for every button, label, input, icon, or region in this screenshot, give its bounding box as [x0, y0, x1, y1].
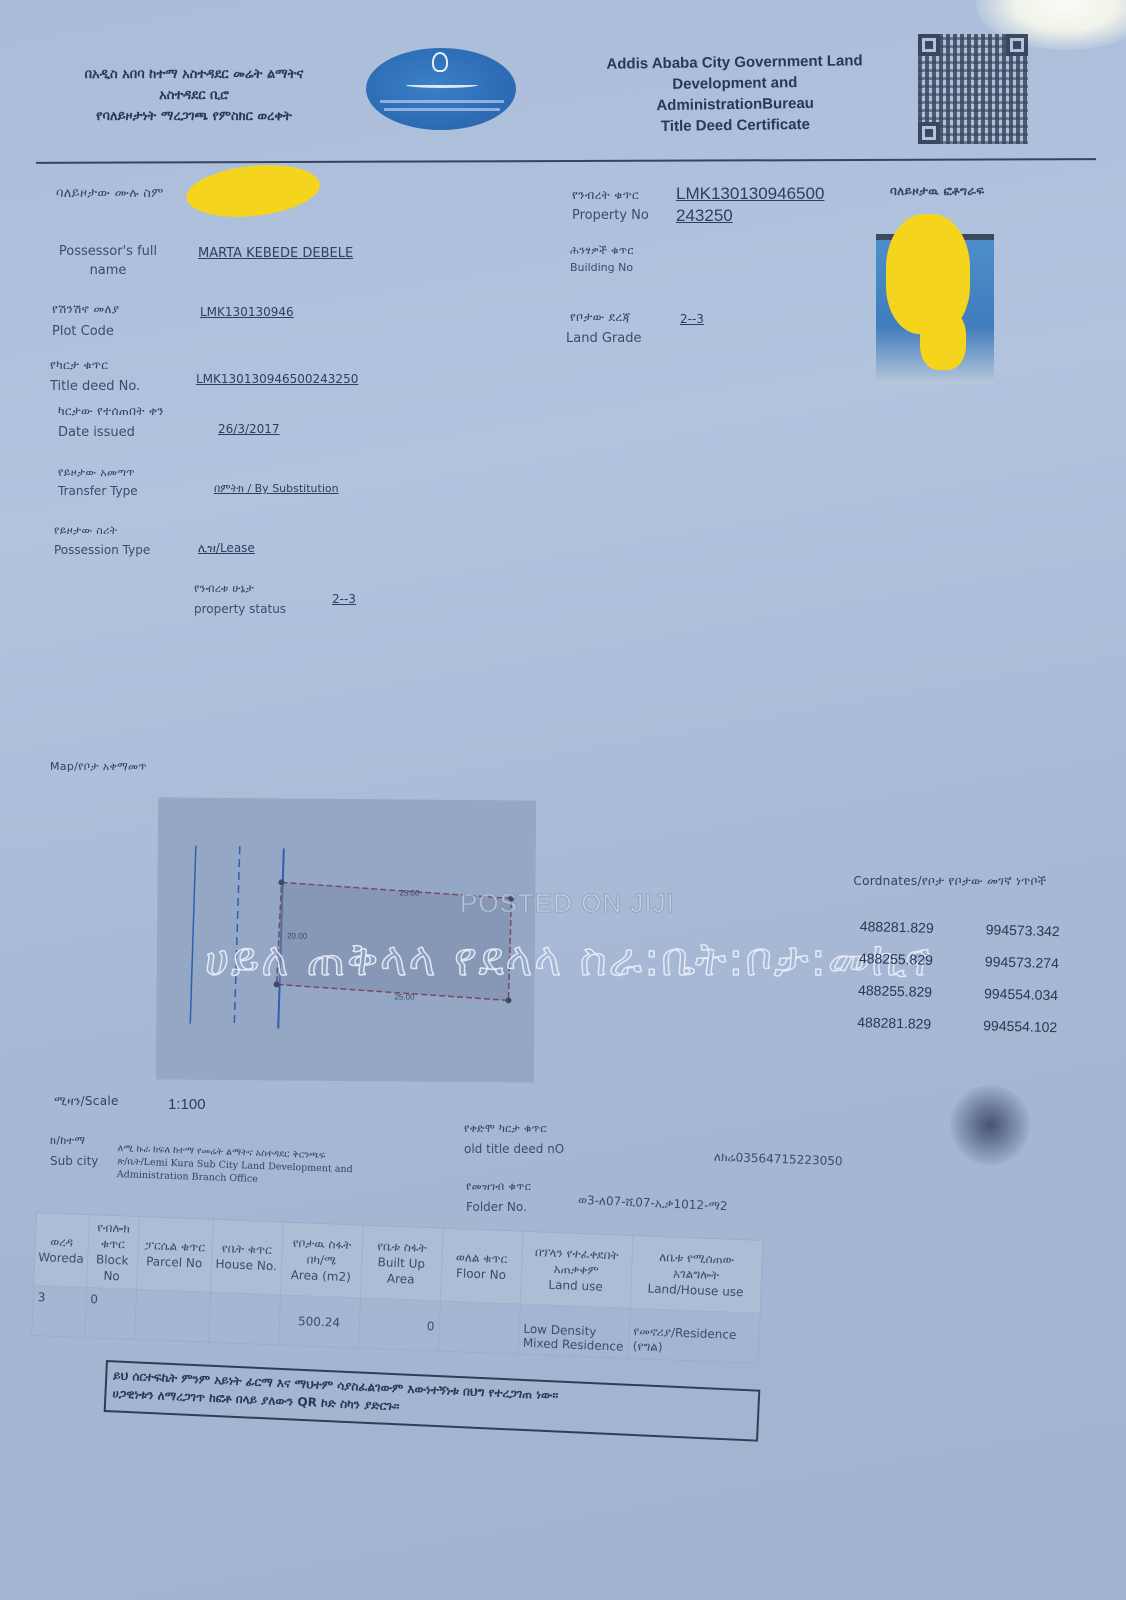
coordinate-row: 488281.829 994554.102 — [857, 1014, 1058, 1051]
cell-floor-no — [438, 1301, 520, 1354]
cell-house-use: የመኖሪያ/Residence (የግል) — [628, 1308, 760, 1363]
redaction-blob — [920, 310, 966, 370]
svg-text:25.00: 25.00 — [399, 888, 420, 897]
property-no-value-line2: 243250 — [676, 206, 733, 226]
amharic-title: በአዲስ አበባ ከተማ አስተዳደር መሬት ልማትና አስተዳደር ቢሮ የ… — [44, 64, 344, 127]
transfer-type-label: Transfer Type — [58, 482, 138, 501]
map-label: Map/የቦታ አቀማመጥ — [50, 760, 147, 774]
transfer-type-value: በምትክ / By Substitution — [214, 482, 339, 496]
qr-code[interactable] — [918, 34, 1028, 144]
coordinate-y: 994573.274 — [984, 953, 1059, 987]
date-issued-label: Date issued — [58, 423, 135, 442]
coordinates-list: 488281.829 994573.342 488255.829 994573.… — [857, 918, 1060, 1051]
paper-stain — [950, 1085, 1030, 1165]
emblem-icon — [432, 52, 448, 72]
old-title-deed-value: ለክሬ03564715223050 — [714, 1150, 843, 1169]
title-deed-label-am: የካርታ ቁጥር — [50, 358, 108, 373]
date-issued-label-am: ካርታው የተሰጠበት ቀን — [58, 404, 164, 419]
cell-area: 500.24 — [278, 1295, 360, 1348]
cell-house-no — [208, 1292, 280, 1345]
redaction-blob — [184, 159, 322, 223]
property-status-value: 2--3 — [332, 592, 356, 606]
col-label-am: የብሎክ ቁጥር — [91, 1219, 135, 1253]
photo-label: ባለይዞታዉ ፎቶግራፍ — [890, 184, 984, 199]
watermark-posted-on-jiji: POSTED ON JIJI — [460, 888, 675, 919]
coordinate-row: 488255.829 994554.034 — [857, 982, 1058, 1019]
col-land-use: በፕላን የተፈቀደበት አጠቃቀምLand use — [520, 1231, 633, 1308]
qr-finder-icon — [1006, 34, 1028, 56]
sub-city-label: Sub city — [50, 1152, 98, 1171]
col-label: Area (m2) — [284, 1267, 358, 1286]
land-grade-label-am: የቦታው ደረጃ — [570, 310, 631, 325]
folder-no-label-am: የመዝገብ ቁጥር — [466, 1180, 531, 1194]
col-label: Block No — [90, 1251, 134, 1285]
plot-code-value: LMK130130946 — [200, 305, 294, 319]
sub-city-label-am: ክ/ከተማ — [50, 1134, 85, 1148]
col-label-am: የቤቱ ስፋት — [365, 1238, 439, 1257]
coordinate-x: 488255.829 — [857, 982, 932, 1016]
parcel-table: ወረዳWoreda የብሎክ ቁጥርBlock No ፓርሴል ቁጥርParce… — [31, 1212, 795, 1365]
building-no-label: Building No — [570, 258, 633, 277]
transfer-type-label-am: የይዞታው አመጣጥ — [58, 466, 135, 480]
logo-text-line — [384, 108, 500, 111]
scale-label: ሚዛን/Scale — [54, 1094, 119, 1109]
validity-notice: ይህ ሰርተፍኬት ምንም አይነት ፊርማ እና ማህተም ሳያስፈልገውም … — [104, 1360, 761, 1442]
old-title-deed-label: old title deed nO — [464, 1140, 564, 1159]
coordinate-y: 994573.342 — [985, 921, 1060, 955]
title-deed-value: LMK130130946500243250 — [196, 372, 358, 386]
col-built-up-area: የቤቱ ስፋትBuilt Up Area — [360, 1225, 443, 1301]
col-label: Land/House use — [634, 1280, 758, 1301]
building-no-label-am: ሕንፃዎች ቁጥር — [570, 244, 634, 258]
coordinate-row: 488281.829 994573.342 — [859, 918, 1060, 955]
possessor-name-value: MARTA KEBEDE DEBELE — [198, 246, 353, 261]
amharic-title-line: አስተዳደር ቢሮ — [44, 85, 344, 106]
possession-type-label: Possession Type — [54, 541, 150, 560]
property-status-label-am: የንብረቱ ሁኔታ — [194, 582, 254, 596]
land-grade-label: Land Grade — [566, 329, 641, 348]
logo-text-line — [380, 100, 504, 103]
cell-built-up-area: 0 — [358, 1298, 440, 1351]
col-label: Land use — [524, 1276, 628, 1296]
folder-no-label: Folder No. — [466, 1198, 527, 1217]
property-status-label: property status — [194, 600, 286, 619]
property-no-label-am: የንብረት ቁጥር — [572, 188, 639, 203]
coordinate-x: 488281.829 — [857, 1014, 932, 1048]
cell-block-no: 0 — [84, 1287, 136, 1339]
coordinate-y: 994554.034 — [983, 985, 1058, 1019]
col-block-no: የብሎክ ቁጥርBlock No — [86, 1215, 139, 1290]
qr-finder-icon — [918, 34, 940, 56]
col-house-use: ለቤቱ የሚሰጠው አገልግሎትLand/House use — [630, 1235, 763, 1313]
plot-code-label: Plot Code — [52, 322, 114, 341]
svg-text:25.00: 25.00 — [394, 992, 415, 1001]
plot-code-label-am: የሽንሽኖ መለያ — [52, 302, 119, 317]
col-label: Woreda — [38, 1249, 84, 1267]
col-parcel-no: ፓርሴል ቁጥርParcel No — [136, 1216, 213, 1292]
header-divider — [36, 158, 1096, 164]
swoosh-icon — [406, 82, 478, 88]
col-label: House No. — [214, 1256, 278, 1274]
amharic-title-line: የባለይዞታነት ማረጋገጫ የምስክር ወረቀት — [44, 106, 344, 127]
old-title-deed-label-am: የቀድሞ ካርታ ቁጥር — [464, 1122, 547, 1136]
col-floor-no: ወለል ቁጥርFloor No — [440, 1228, 523, 1304]
sub-city-value: ለሚ ኩራ ክፍለ ከተማ የመሬት ልማትና አስተዳደር ቅርንጫፍ ጽ/ቤ… — [117, 1142, 354, 1189]
name-am-label: ባለይዞታው ሙሉ ስም — [56, 184, 166, 203]
property-no-label: Property No — [572, 206, 649, 225]
col-woreda: ወረዳWoreda — [34, 1213, 89, 1288]
coordinate-x: 488281.829 — [859, 918, 934, 952]
col-label-am: ወረዳ — [39, 1233, 85, 1251]
coordinate-x: 488255.829 — [858, 950, 933, 984]
date-issued-value: 26/3/2017 — [218, 422, 280, 436]
scale-value: 1:100 — [168, 1096, 206, 1113]
col-label: Built Up Area — [364, 1254, 438, 1289]
col-house-no: የቤት ቁጥርHouse No. — [210, 1219, 283, 1295]
col-label-am: በፕላን የተፈቀደበት አጠቃቀም — [524, 1244, 628, 1280]
col-label-am: የቦታዉ ስፋት በካ/ሜ — [285, 1235, 359, 1270]
property-no-value-line1: LMK130130946500 — [676, 184, 824, 204]
possession-type-value: ሊዝ/Lease — [198, 541, 255, 556]
possessor-name-label: Possessor's full name — [58, 242, 158, 280]
col-area: የቦታዉ ስፋት በካ/ሜArea (m2) — [280, 1222, 363, 1298]
cell-woreda: 3 — [32, 1285, 86, 1337]
cell-parcel-no — [134, 1289, 210, 1342]
watermark-broker: ሀይለ ጠቅላላ የደላላ ስራ:ቤት:ቦታ:መኪና — [205, 932, 931, 988]
col-label-am: ለቤቱ የሚሰጠው አገልግሎት — [634, 1248, 758, 1285]
qr-finder-icon — [918, 122, 940, 144]
col-label: Parcel No — [140, 1253, 208, 1272]
title-deed-label: Title deed No. — [50, 377, 140, 396]
possession-type-label-am: የይዞታው ስሪት — [54, 524, 117, 538]
coordinate-y: 994554.102 — [983, 1017, 1058, 1051]
land-grade-value: 2--3 — [680, 312, 704, 326]
amharic-title-line: በአዲስ አበባ ከተማ አስተዳደር መሬት ልማትና — [44, 64, 344, 85]
folder-no-value: ወ3-ለ07-ሺ07-ኢቃ1012-ማ2 — [578, 1193, 728, 1215]
col-label: Floor No — [444, 1265, 518, 1284]
english-title-line: Title Deed Certificate — [580, 113, 890, 138]
english-title-line: Addis Ababa City Government Land — [579, 50, 889, 75]
coordinates-title: Cordnates/የቦታ የቦታው መገኛ ነጥቦች — [850, 874, 1050, 889]
cell-land-use: Low Density Mixed Residence — [518, 1304, 630, 1358]
coordinate-row: 488255.829 994573.274 — [858, 950, 1059, 987]
city-logo — [366, 48, 516, 130]
english-title: Addis Ababa City Government Land Develop… — [579, 50, 890, 138]
